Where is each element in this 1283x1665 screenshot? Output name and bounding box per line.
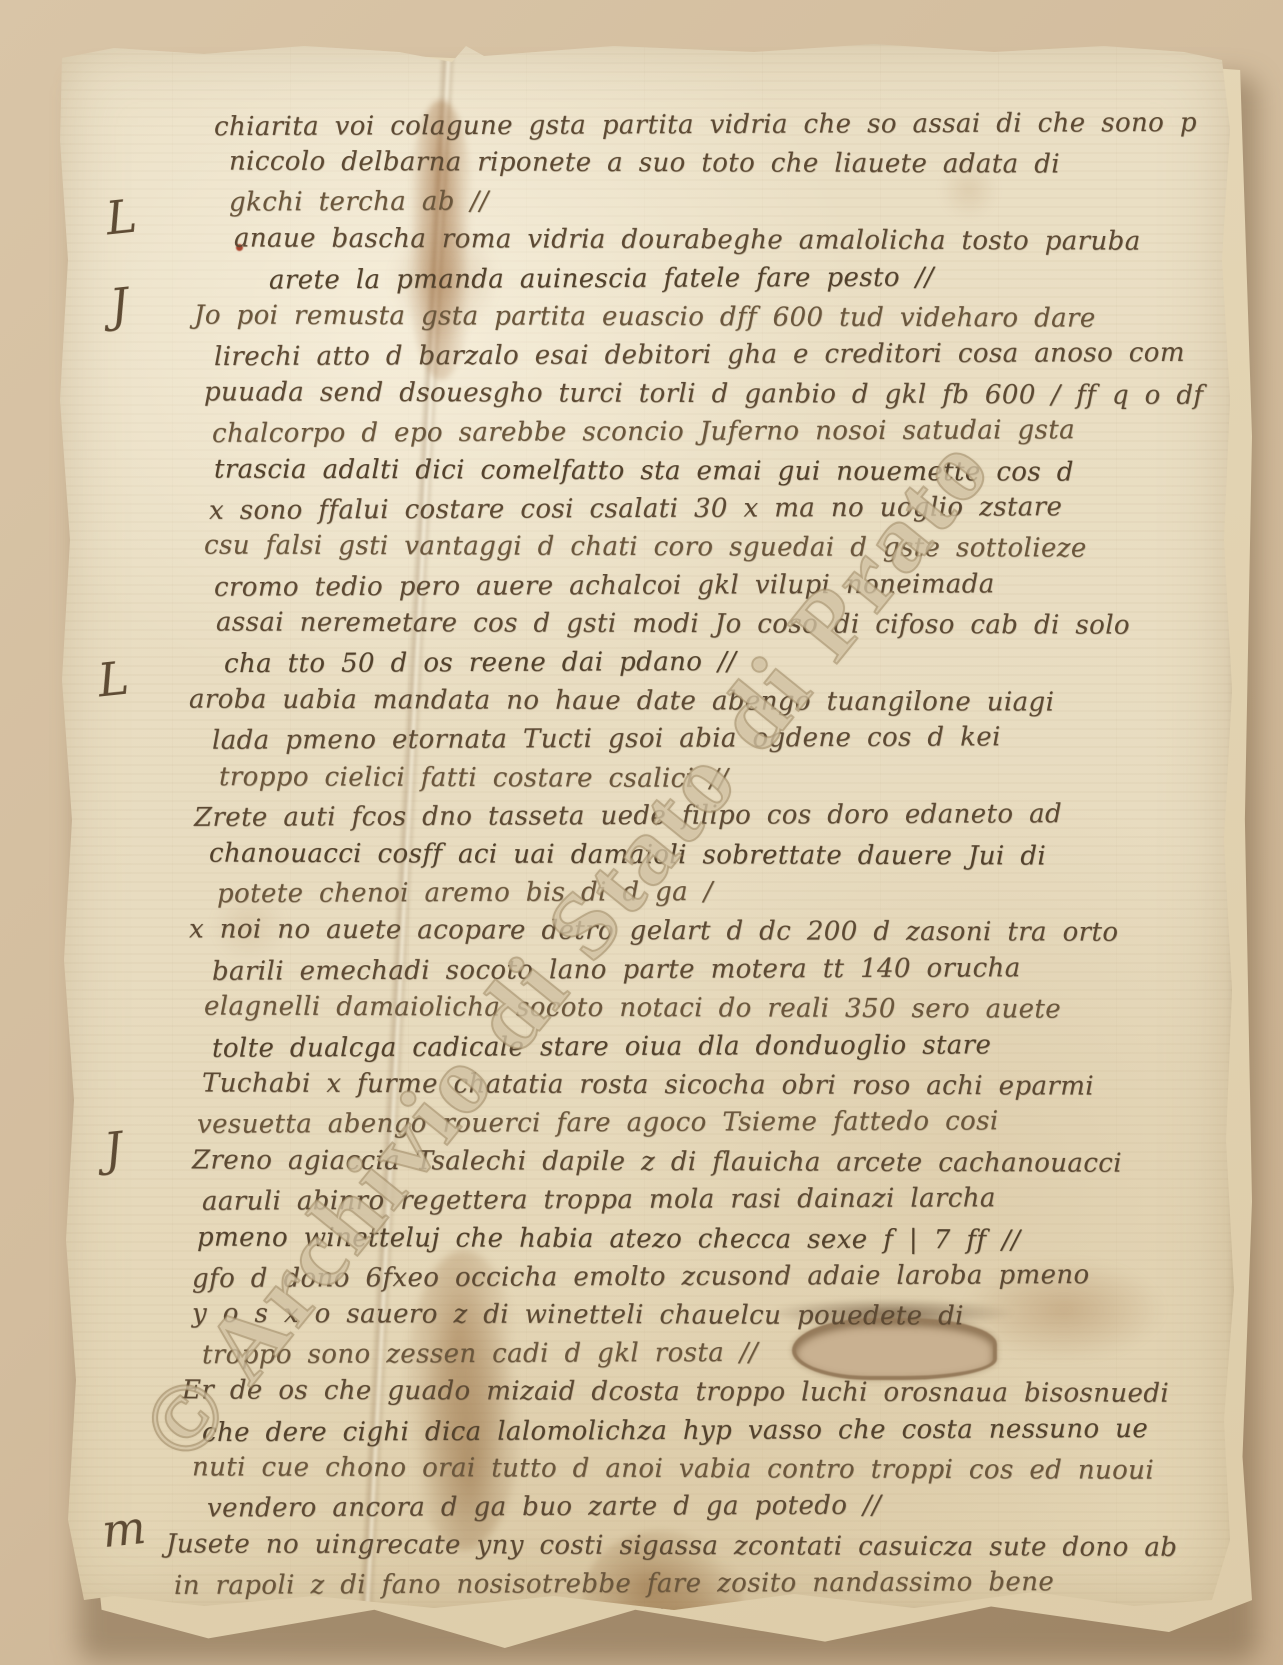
- manuscript-line: aaruli abinro regettera troppa mola rasi…: [202, 1183, 996, 1216]
- manuscript-line: arete la pmanda auinescia fatele fare pe…: [269, 263, 934, 296]
- manuscript-line: troppo sono zessen cadi d gkl rosta //: [202, 1338, 758, 1370]
- manuscript-line: Er de os che guado mizaid dcosta troppo …: [182, 1375, 1169, 1408]
- manuscript-line: chalcorpo d epo sarebbe sconcio Juferno …: [212, 415, 1075, 449]
- manuscript-line: y o s x o sauero z di winetteli chauelcu…: [192, 1299, 964, 1332]
- manuscript-line: chanouacci cosff aci uai damaioli sobret…: [209, 839, 1046, 872]
- manuscript-line: troppo cielici fatti costare csalici //: [219, 762, 728, 794]
- paragraph-mark: J: [107, 277, 131, 333]
- manuscript-line: x noi no auete acopare detro gelart d dc…: [189, 914, 1118, 947]
- paragraph-mark: J: [101, 1121, 125, 1177]
- manuscript-line: pmeno winetteluj che habia atezo checca …: [197, 1223, 1020, 1256]
- manuscript-line: aroba uabia mandata no haue date abengo …: [189, 684, 1054, 717]
- manuscript-line: trascia adalti dici comelfatto sta emai …: [214, 454, 1074, 487]
- manuscript-line: gkchi tercha ab //: [229, 186, 489, 217]
- manuscript-line: Jusete no uingrecate yny costi sigassa z…: [166, 1529, 1177, 1563]
- manuscript-line: vendero ancora d ga buo zarte d ga poted…: [207, 1491, 881, 1524]
- manuscript-line: vesuetta abengo rouerci fare agoco Tsiem…: [197, 1106, 999, 1139]
- manuscript-line: Zreno agiaccia Tsalechi dapile z di flau…: [192, 1145, 1122, 1178]
- manuscript-line: in rapoli z di fano nosisotrebbe fare zo…: [174, 1567, 1054, 1601]
- paragraph-mark: L: [95, 651, 131, 708]
- manuscript-line: Zrete auti fcos dno tasseta uede filipo …: [194, 799, 1062, 833]
- manuscript-line: chiarita voi colagune gsta partita vidri…: [214, 108, 1197, 142]
- manuscript-line: anaue bascha roma vidria dourabeghe amal…: [234, 223, 1141, 256]
- manuscript-line: potete chenoi aremo bis di d ga /: [217, 877, 713, 909]
- manuscript-line: nuti cue chono orai tutto d anoi vabia c…: [192, 1452, 1154, 1485]
- manuscript-line: che dere cighi dica lalomolichza hyp vas…: [202, 1414, 1148, 1448]
- manuscript-line: cha tto 50 d os reene dai pdano //: [224, 647, 736, 679]
- manuscript-line: Jo poi remusta gsta partita euascio dff …: [194, 300, 1096, 333]
- handwriting-layer: chiarita voi colagune gsta partita vidri…: [54, 40, 1234, 1612]
- scan-background: chiarita voi colagune gsta partita vidri…: [0, 0, 1283, 1665]
- manuscript-line: gfo d dono 6fxeo occicha emolto zcusond …: [192, 1260, 1090, 1294]
- manuscript-line: niccolo delbarna riponete a suo toto che…: [229, 147, 1060, 180]
- manuscript-line: cromo tedio pero auere achalcoi gkl vilu…: [214, 569, 995, 602]
- manuscript-line: Tuchabi x furme chatatia rosta sicocha o…: [202, 1068, 1094, 1101]
- paragraph-mark: m: [99, 1500, 148, 1558]
- manuscript-line: lirechi atto d barzalo esai debitori gha…: [214, 338, 1185, 372]
- manuscript-page: chiarita voi colagune gsta partita vidri…: [54, 40, 1234, 1612]
- paragraph-mark: L: [103, 189, 139, 246]
- manuscript-line: barili emechadi socoto lano parte motera…: [212, 953, 1021, 987]
- manuscript-line: elagnelli damaiolicha socoto notaci do r…: [204, 992, 1061, 1025]
- manuscript-line: csu falsi gsti vantaggi d chati coro sgu…: [204, 530, 1087, 563]
- manuscript-line: x sono ffalui costare cosi csalati 30 x …: [209, 492, 1062, 526]
- manuscript-line: tolte dualcga cadicale stare oiua dla do…: [212, 1030, 991, 1063]
- manuscript-line: lada pmeno etornata Tucti gsoi abia ogde…: [212, 722, 1001, 755]
- manuscript-line: puuada send dsouesgho turci torli d ganb…: [204, 377, 1204, 410]
- manuscript-line: assai neremetare cos d gsti modi Jo coso…: [216, 607, 1130, 640]
